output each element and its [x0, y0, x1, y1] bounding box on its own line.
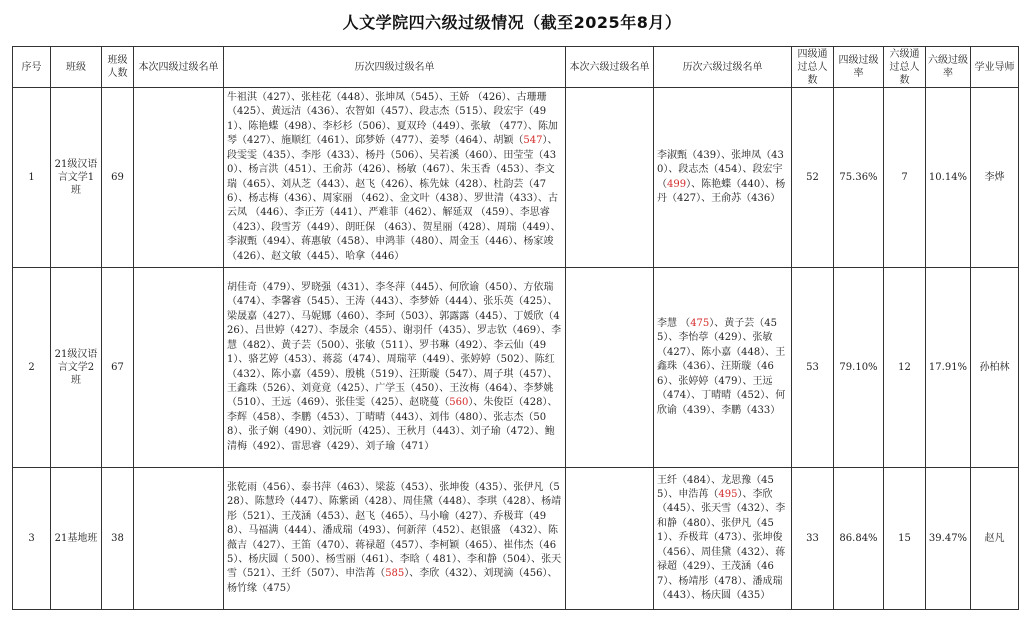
student-entry: 王娇 （426）、 — [449, 92, 516, 103]
student-score: 453 — [321, 511, 340, 522]
student-entry: 马福满（444）、 — [248, 525, 322, 536]
cell-cet4-total: 52 — [792, 88, 834, 268]
student-score: 510 — [237, 397, 256, 408]
cell-advisor: 李烨 — [971, 88, 1019, 268]
student-entry: 栋先妹（428）、 — [419, 179, 493, 190]
student-entry: 周瑞（449）、 — [497, 222, 561, 233]
student-score: 473 — [718, 532, 737, 543]
student-score: 452 — [437, 525, 456, 536]
student-score: 547 — [523, 135, 542, 146]
cell-cet6-history: 李淑甄（439）、张坤凤（430）、段志杰（454）、段宏宇（499）、陈艳蝶（… — [654, 88, 792, 268]
student-score: 443 — [395, 412, 414, 423]
student-entry: 李鹏（453）、 — [291, 412, 355, 423]
student-score: 458 — [257, 412, 276, 423]
student-score: 467 — [427, 164, 446, 175]
header-size: 班级人数 — [102, 47, 134, 88]
student-entry: 王涛（443）、 — [345, 296, 409, 307]
student-score: 433 — [331, 150, 350, 161]
student-score: 507 — [311, 568, 330, 579]
student-score: 435 — [443, 325, 462, 336]
student-score: 427 — [247, 135, 266, 146]
cell-cet4-current — [134, 468, 224, 610]
student-score: 443 — [375, 296, 394, 307]
student-score: 436 — [687, 361, 706, 372]
student-entry: 张佳雯（425）、 — [335, 397, 409, 408]
student-score: 474 — [237, 296, 256, 307]
cell-cet4-current — [134, 88, 224, 268]
student-score: 428 — [523, 397, 542, 408]
student-score: 433 — [514, 193, 533, 204]
student-score: 453 — [288, 354, 307, 365]
student-entry: 赵飞（465）、 — [355, 511, 419, 522]
cell-size: 38 — [102, 468, 134, 610]
header-cet4-rate: 四级过级率 — [834, 47, 884, 88]
student-score: 560 — [449, 397, 468, 408]
student-entry: 朱玉香（453）、 — [461, 164, 535, 175]
student-entry: 周佳黛（432）、 — [701, 547, 775, 558]
student-entry: 黄远洁（436）、 — [271, 106, 345, 117]
student-entry: 李柯颖（465）、 — [429, 540, 503, 551]
student-score: 545 — [311, 296, 330, 307]
cell-cet4-rate: 79.10% — [834, 268, 884, 468]
header-cet4-total: 四级通过总人数 — [792, 47, 834, 88]
student-score: 445 — [311, 251, 330, 262]
student-entry: 李怡葶（429）、 — [678, 332, 752, 343]
header-cet6-current: 本次六级过级名单 — [566, 47, 654, 88]
student-score: 443 — [321, 179, 340, 190]
student-score: 451 — [288, 164, 307, 175]
cell-cet6-current — [566, 268, 654, 468]
student-score: 427 — [257, 540, 276, 551]
student-score: 465 — [385, 511, 404, 522]
student-entry: 李冬萍（445）、 — [375, 282, 449, 293]
student-entry: 周瑞苹（449）、 — [387, 354, 461, 365]
student-entry: 李馨睿（545）、 — [271, 296, 345, 307]
table-row: 3 21基地班 38 张乾雨（456）、泰书萍（463）、梁蕊（453）、张坤俊… — [13, 468, 1019, 610]
student-score: 446 — [260, 207, 279, 218]
student-entry: 姜琴（464）、 — [429, 135, 493, 146]
student-entry: 陈紫函（428）、 — [329, 496, 403, 507]
student-entry: 李琪（428）、 — [477, 496, 541, 507]
student-score: 478 — [718, 576, 737, 587]
student-entry: 刘从芝（443）、 — [281, 179, 355, 190]
student-entry: 罗晓强（431）、 — [301, 282, 375, 293]
student-score: 453 — [405, 482, 424, 493]
cell-cet4-rate: 75.36% — [834, 88, 884, 268]
student-score: 479 — [718, 376, 737, 387]
cell-cet6-rate: 17.91% — [926, 268, 971, 468]
student-entry: 李彤（433）、 — [301, 150, 365, 161]
student-entry: 严难菲（462）、 — [368, 207, 442, 218]
student-entry: 杨敏（467）、 — [397, 164, 461, 175]
student-score: 511 — [385, 340, 404, 351]
student-entry: 刘子瑜（472）、 — [471, 426, 545, 437]
cell-cet4-history: 牛祖淇（427）、张桂花（448）、张坤凤（545）、王娇 （426）、古珊珊（… — [224, 88, 566, 268]
cell-cet6-current — [566, 88, 654, 268]
student-score: 432 — [237, 369, 256, 380]
page-title: 人文学院四六级过级情况（截至2025年8月） — [0, 10, 1024, 33]
header-index: 序号 — [13, 47, 51, 88]
cell-cet6-history: 李慧 （475）、黄子芸（455）、李怡葶（429）、张敏（427）、陈小嘉（4… — [654, 268, 792, 468]
student-score: 426 — [482, 92, 501, 103]
student-score: 484 — [687, 475, 706, 486]
student-entry: 申鸿菲（480）、 — [375, 236, 449, 247]
student-entry: 陈小嘉（459）、 — [271, 369, 345, 380]
student-entry: 段雪芳（449）、 — [271, 222, 345, 233]
student-score: 429 — [331, 441, 350, 452]
student-score: 431 — [341, 282, 360, 293]
cell-index: 3 — [13, 468, 51, 610]
student-score: 458 — [341, 236, 360, 247]
student-score: 506 — [395, 150, 414, 161]
student-entry: 李杉杉（506）、 — [322, 121, 396, 132]
student-entry: 农智如（457）、 — [345, 106, 419, 117]
student-entry: 罗志钦（469）、 — [477, 325, 551, 336]
student-entry: 赵银盛 （432）、 — [471, 525, 548, 536]
student-score: 506 — [362, 121, 381, 132]
student-score: 492 — [257, 441, 276, 452]
cell-cet6-current — [566, 468, 654, 610]
student-entry: 杨言洪（451）、 — [248, 164, 322, 175]
student-entry: 施顺红（461）、 — [281, 135, 355, 146]
student-score: 502 — [501, 354, 520, 365]
student-score: 459 — [311, 369, 330, 380]
student-entry: 刘竟竟（425）、 — [301, 383, 375, 394]
student-entry: 李辉（458）、 — [227, 412, 291, 423]
student-entry: 张敏 （477）、 — [471, 121, 538, 132]
student-entry: 周金玉（446）、 — [449, 236, 523, 247]
student-entry: 段志杰（515）、 — [419, 106, 493, 117]
student-entry: 广学玉（450）、 — [375, 383, 449, 394]
student-entry: 申浩苒（495）、 — [678, 489, 752, 500]
student-entry: 牛祖淇（427）、 — [227, 92, 301, 103]
student-score: 464 — [459, 135, 478, 146]
student-entry: 吕世婷（427）、 — [255, 325, 329, 336]
student-entry: 张婷婷（502）、 — [461, 354, 535, 365]
student-score: 526 — [267, 383, 286, 394]
student-score: 438 — [440, 193, 459, 204]
student-score: 547 — [449, 369, 468, 380]
student-entry: 殷桃（519）、 — [345, 369, 409, 380]
student-score: 481 — [430, 554, 452, 565]
student-score: 465 — [247, 179, 266, 190]
student-score: 463 — [341, 482, 360, 493]
student-entry: 杨庆圆（ 500）、 — [248, 554, 325, 565]
student-entry: 杨竹缘（475） — [227, 583, 296, 594]
cell-cet4-history: 张乾雨（456）、泰书萍（463）、梁蕊（453）、张坤俊（435）、张伊凡（5… — [224, 468, 566, 610]
cell-class: 21级汉语言文学2班 — [51, 268, 102, 468]
student-score: 433 — [751, 405, 770, 416]
cell-advisor: 赵凡 — [971, 468, 1019, 610]
student-score: 445 — [667, 503, 686, 514]
student-entry: 张天雪（432）、 — [701, 503, 775, 514]
student-score: 462 — [408, 207, 427, 218]
student-entry: 汪斯璇（547）、 — [409, 369, 483, 380]
student-entry: 王茂涵（453）、 — [281, 511, 355, 522]
student-entry: 杨志梅（436）、 — [248, 193, 322, 204]
student-entry: 张子娴（490）、 — [248, 426, 322, 437]
student-entry: 杨庆圆（435） — [701, 590, 770, 601]
student-score: 461 — [321, 135, 340, 146]
student-score: 443 — [437, 426, 456, 437]
student-entry: 解延双 （459）、 — [442, 207, 519, 218]
student-score: 450 — [489, 282, 508, 293]
student-score: 427 — [677, 193, 696, 204]
student-score: 428 — [507, 496, 526, 507]
student-score: 425 — [341, 383, 360, 394]
cell-cet6-total: 15 — [884, 468, 926, 610]
student-score: 449 — [437, 121, 456, 132]
student-entry: 丁晴晴（443）、 — [355, 412, 429, 423]
student-score: 498 — [288, 121, 307, 132]
student-entry: 蒋禄超（457）、 — [355, 540, 429, 551]
student-score: 477 — [395, 135, 414, 146]
student-entry: 李和静（504）、 — [467, 554, 541, 565]
student-entry: 郭露露（445）、 — [439, 311, 513, 322]
student-score: 429 — [718, 332, 737, 343]
student-score: 504 — [507, 554, 526, 565]
student-score: 428 — [462, 222, 481, 233]
student-score: 471 — [405, 441, 424, 452]
student-score: 426 — [237, 251, 256, 262]
student-score: 439 — [687, 405, 706, 416]
student-entry: 吴若溪（460）、 — [429, 150, 503, 161]
student-entry: 蒋惠敏（458）、 — [301, 236, 375, 247]
student-entry: 王笛（470）、 — [291, 540, 355, 551]
student-score: 464 — [489, 383, 508, 394]
student-entry: 张乾雨（456）、 — [227, 482, 301, 493]
student-entry: 黄子芸（500）、 — [281, 340, 355, 351]
cell-cet6-total: 12 — [884, 268, 926, 468]
student-entry: 张坤俊（435）、 — [439, 482, 513, 493]
student-score: 453 — [321, 412, 340, 423]
student-entry: 陈小嘉（448）、 — [701, 347, 775, 358]
student-entry: 张敏（511）、 — [355, 340, 419, 351]
student-score: 429 — [687, 561, 706, 572]
cell-cet6-rate: 10.14% — [926, 88, 971, 268]
student-score: 439 — [697, 150, 716, 161]
student-entry: 杨雪丽（461）、 — [326, 554, 400, 565]
student-score: 515 — [459, 106, 478, 117]
student-entry: 李晗（ 481）、 — [400, 554, 467, 565]
student-score: 435 — [479, 482, 498, 493]
student-entry: 马小喻（427）、 — [419, 511, 493, 522]
student-score: 521 — [247, 568, 266, 579]
student-entry: 李梦娇（444）、 — [409, 296, 483, 307]
student-score: 444 — [449, 296, 468, 307]
student-score: 460 — [469, 150, 488, 161]
student-score: 456 — [267, 482, 286, 493]
student-score: 521 — [247, 511, 266, 522]
student-score: 450 — [415, 383, 434, 394]
student-score: 456 — [667, 547, 686, 558]
student-score: 427 — [267, 311, 286, 322]
student-entry: 谢羽仟（435）、 — [403, 325, 477, 336]
student-entry: 陈艳蝶（440）、 — [701, 179, 775, 190]
student-score: 454 — [718, 164, 737, 175]
student-score: 495 — [718, 489, 737, 500]
student-entry: 张桂花（448）、 — [301, 92, 375, 103]
student-score: 460 — [341, 311, 360, 322]
student-score: 463 — [388, 222, 407, 233]
cell-cet6-total: 7 — [884, 88, 926, 268]
student-entry: 王俞苏（436） — [711, 193, 780, 204]
student-score: 455 — [369, 325, 388, 336]
student-score: 494 — [267, 236, 286, 247]
cell-class: 21基地班 — [51, 468, 102, 610]
student-score: 447 — [295, 496, 314, 507]
cell-cet4-current — [134, 268, 224, 468]
student-entry: 梁晟嘉（427）、 — [227, 311, 301, 322]
student-entry: 王汝梅（464）、 — [449, 383, 523, 394]
student-score: 448 — [443, 496, 462, 507]
header-class: 班级 — [51, 47, 102, 88]
student-entry: 段志杰（454）、 — [678, 164, 752, 175]
student-entry: 罗世清（433）、 — [474, 193, 548, 204]
student-score: 585 — [385, 568, 404, 579]
student-entry: 骆艺婷（453）、 — [248, 354, 322, 365]
cell-cet6-history: 王纤（484）、龙思豫（455）、申浩苒（495）、李欣（445）、张天雪（43… — [654, 468, 792, 610]
student-entry: 王俞苏（426）、 — [322, 164, 396, 175]
student-score: 448 — [741, 347, 760, 358]
student-entry: 泰书萍（463）、 — [301, 482, 375, 493]
student-score: 440 — [741, 179, 760, 190]
student-score: 453 — [501, 164, 520, 175]
student-score: 519 — [375, 369, 394, 380]
student-entry: 陈艳蝶（498）、 — [248, 121, 322, 132]
student-entry: 李淑甄（494）、 — [227, 236, 301, 247]
student-score: 435 — [267, 150, 286, 161]
student-entry: 邱梦娇（477）、 — [355, 135, 429, 146]
header-cet6-total: 六级通过总人数 — [884, 47, 926, 88]
student-score: 470 — [321, 540, 340, 551]
student-entry: 周子琪（457）、 — [483, 369, 557, 380]
student-score: 427 — [459, 511, 478, 522]
cell-size: 69 — [102, 88, 134, 268]
student-entry: 何欣谕（450）、 — [449, 282, 523, 293]
student-score: 545 — [415, 92, 434, 103]
student-entry: 刘子瑜（471） — [365, 441, 434, 452]
student-score: 469 — [517, 325, 536, 336]
student-entry: 何新萍（452）、 — [397, 525, 471, 536]
student-score: 436 — [751, 193, 770, 204]
student-entry: 赵文敏（445）、 — [271, 251, 345, 262]
student-entry: 李正芳（441）、 — [294, 207, 368, 218]
student-score: 480 — [415, 236, 434, 247]
student-score: 446 — [375, 251, 394, 262]
student-entry: 贺星丽（428）、 — [422, 222, 496, 233]
student-score: 432 — [741, 503, 760, 514]
student-entry: 段雯雯（435）、 — [227, 150, 301, 161]
student-score: 456 — [523, 568, 542, 579]
student-entry: 申浩苒（585）、 — [345, 568, 419, 579]
student-score: 472 — [511, 426, 530, 437]
student-score: 500 — [288, 554, 310, 565]
student-entry: 李鹏（433） — [721, 405, 780, 416]
student-entry: 罗书琳（492）、 — [419, 340, 493, 351]
header-advisor: 学业导师 — [971, 47, 1019, 88]
cell-advisor: 孙柏林 — [971, 268, 1019, 468]
student-score: 493 — [362, 525, 381, 536]
student-score: 432 — [741, 547, 760, 558]
student-entry: 周家丽 （462）、 — [322, 193, 399, 204]
student-entry: 李珂（503）、 — [375, 311, 439, 322]
student-score: 436 — [311, 106, 330, 117]
student-score: 475 — [690, 318, 709, 329]
student-entry: 马妮娜（460）、 — [301, 311, 375, 322]
student-entry: 李慧 （475）、 — [657, 318, 724, 329]
student-score: 457 — [523, 369, 542, 380]
student-score: 477 — [504, 121, 523, 132]
student-score: 480 — [687, 518, 706, 529]
header-cet6-history: 历次六级过级名单 — [654, 47, 792, 88]
student-score: 492 — [459, 340, 478, 351]
student-score: 432 — [514, 525, 533, 536]
student-score: 448 — [341, 92, 360, 103]
student-score: 479 — [267, 282, 286, 293]
student-score: 459 — [486, 207, 505, 218]
student-score: 449 — [427, 354, 446, 365]
cell-cet4-history: 胡佳奇（479）、罗晓强（431）、李冬萍（445）、何欣谕（450）、方依瑞（… — [224, 268, 566, 468]
cell-index: 1 — [13, 88, 51, 268]
student-score: 432 — [449, 568, 468, 579]
student-score: 428 — [369, 496, 388, 507]
student-entry: 王纤（484）、 — [657, 475, 721, 486]
student-score: 427 — [667, 347, 686, 358]
cell-size: 67 — [102, 268, 134, 468]
student-score: 445 — [415, 282, 434, 293]
student-entry: 王秋月（443）、 — [397, 426, 471, 437]
table-row: 2 21级汉语言文学2班 67 胡佳奇（479）、罗晓强（431）、李冬萍（44… — [13, 268, 1019, 468]
student-score: 480 — [459, 412, 478, 423]
student-entry: 金文叶（438）、 — [400, 193, 474, 204]
student-entry: 夏双玲（449）、 — [397, 121, 471, 132]
student-score: 457 — [395, 540, 414, 551]
student-entry: 胡颖（547）、 — [493, 135, 557, 146]
student-entry: 张乐英（425）、 — [483, 296, 557, 307]
student-score: 428 — [459, 179, 478, 190]
student-entry: 陈慧玲（447）、 — [255, 496, 329, 507]
student-score: 474 — [667, 390, 686, 401]
header-row: 序号 班级 班级人数 本次四级过级名单 历次四级过级名单 本次六级过级名单 历次… — [13, 47, 1019, 88]
cell-index: 2 — [13, 268, 51, 468]
student-score: 425 — [237, 106, 256, 117]
student-score: 441 — [334, 207, 353, 218]
student-score: 425 — [362, 426, 381, 437]
student-score: 426 — [362, 164, 381, 175]
student-score: 435 — [741, 590, 760, 601]
student-score: 425 — [523, 296, 542, 307]
header-cet4-current: 本次四级过级名单 — [134, 47, 224, 88]
student-entry: 杨丹（506）、 — [365, 150, 429, 161]
student-entry: 潘成瑞（493）、 — [322, 525, 396, 536]
student-score: 503 — [405, 311, 424, 322]
student-score: 482 — [247, 340, 266, 351]
student-score: 475 — [267, 583, 286, 594]
student-entry: 周佳黛（448）、 — [403, 496, 477, 507]
student-entry: 李欣（432）、 — [419, 568, 483, 579]
student-entry: 王纤（507）、 — [281, 568, 345, 579]
student-entry: 朱俊臣（428）、 — [483, 397, 557, 408]
cell-cet4-rate: 86.84% — [834, 468, 884, 610]
student-entry: 李晟余（455）、 — [329, 325, 403, 336]
student-entry: 刘伟（480）、 — [429, 412, 493, 423]
student-score: 499 — [667, 179, 686, 190]
student-entry: 乔极茸（473）、 — [678, 532, 752, 543]
student-score: 425 — [375, 397, 394, 408]
student-entry: 李淑甄（439）、 — [657, 150, 731, 161]
student-score: 461 — [366, 554, 385, 565]
